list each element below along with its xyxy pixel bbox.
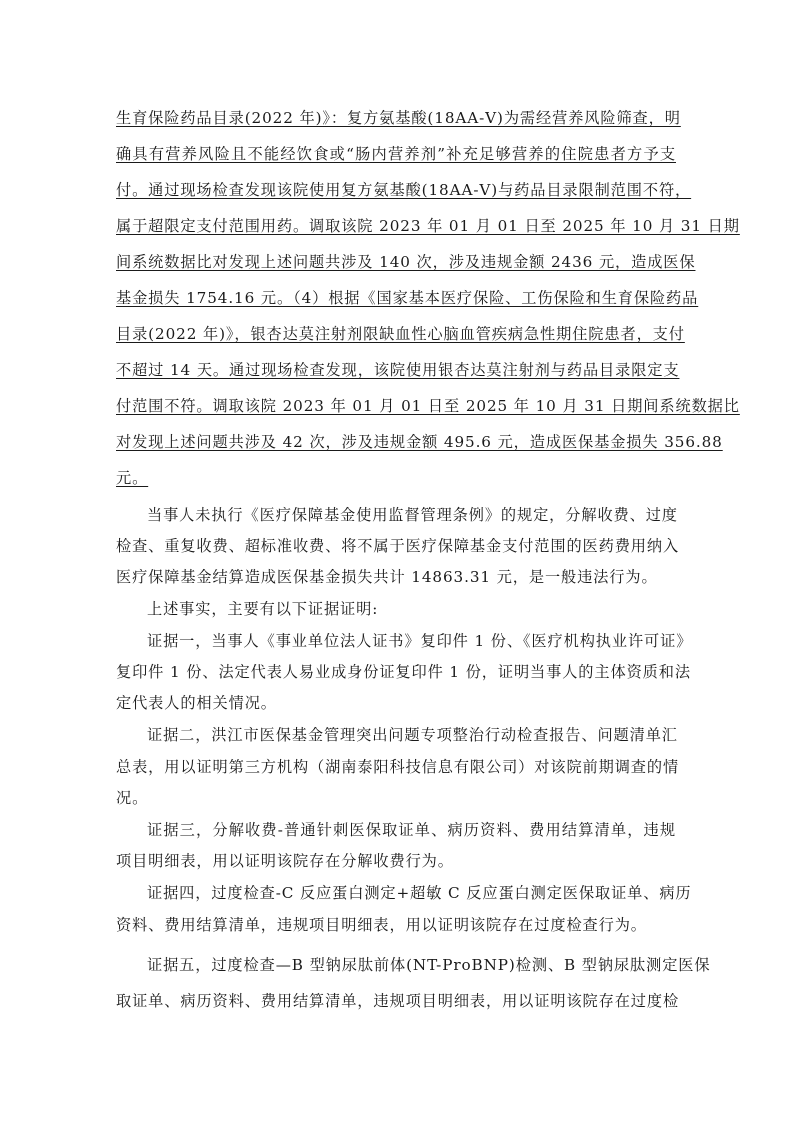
evidence-4-line: 资料、费用结算清单，违规项目明细表，用以证明该院存在过度检查行为。 [116, 915, 676, 935]
conclusion-paragraph-line: 当事人未执行《医疗保障基金使用监督管理条例》的规定，分解收费、过度 [147, 505, 676, 525]
underlined-text-line: 不超过 14 天。通过现场检查发现，该院使用银杏达莫注射剂与药品目录限定支 [116, 360, 676, 380]
underlined-text-line: 元。 [116, 468, 148, 488]
evidence-4-line: 证据四，过度检查-C 反应蛋白测定+超敏 C 反应蛋白测定医保取证单、病历 [147, 883, 676, 903]
evidence-1-line: 复印件 1 份、法定代表人易业成身份证复印件 1 份，证明当事人的主体资质和法 [116, 662, 676, 682]
evidence-2-line: 况。 [116, 788, 676, 808]
underlined-text-line: 目录(2022 年)》，银杏达莫注射剂限缺血性心脑血管疾病急性期住院患者，支付 [116, 324, 676, 344]
underlined-text-line: 生育保险药品目录(2022 年)》：复方氨基酸(18AA-Ⅴ)为需经营养风险筛查… [116, 108, 676, 128]
conclusion-paragraph-line: 检查、重复收费、超标准收费、将不属于医疗保障基金支付范围的医药费用纳入 [116, 536, 676, 556]
evidence-2-line: 总表，用以证明第三方机构（湖南泰阳科技信息有限公司）对该院前期调查的情 [116, 757, 676, 777]
evidence-3-line: 项目明细表，用以证明该院存在分解收费行为。 [116, 851, 676, 871]
underlined-text-line: 付范围不符。调取该院 2023 年 01 月 01 日至 2025 年 10 月… [116, 396, 676, 416]
underlined-text-line: 付。通过现场检查发现该院使用复方氨基酸(18AA-Ⅴ)与药品目录限制范围不符， [116, 180, 676, 200]
evidence-3-line: 证据三，分解收费-普通针刺医保取证单、病历资料、费用结算清单，违规 [147, 820, 676, 840]
evidence-intro: 上述事实，主要有以下证据证明: [147, 599, 676, 619]
evidence-1-line: 证据一，当事人《事业单位法人证书》复印件 1 份、《医疗机构执业许可证》 [147, 631, 676, 651]
evidence-1-line: 定代表人的相关情况。 [116, 693, 676, 713]
evidence-5-line: 取证单、病历资料、费用结算清单，违规项目明细表，用以证明该院存在过度检 [116, 991, 676, 1011]
underlined-text-line: 属于超限定支付范围用药。调取该院 2023 年 01 月 01 日至 2025 … [116, 216, 676, 236]
underlined-text-line: 基金损失 1754.16 元。（4）根据《国家基本医疗保险、工伤保险和生育保险药… [116, 288, 676, 308]
underlined-text-line: 确具有营养风险且不能经饮食或“肠内营养剂”补充足够营养的住院患者方予支 [116, 144, 676, 164]
evidence-2-line: 证据二，洪江市医保基金管理突出问题专项整治行动检查报告、问题清单汇 [147, 725, 676, 745]
conclusion-paragraph-line: 医疗保障基金结算造成医保基金损失共计 14863.31 元，是一般违法行为。 [116, 567, 676, 587]
underlined-text-line: 对发现上述问题共涉及 42 次，涉及违规金额 495.6 元，造成医保基金损失 … [116, 432, 676, 452]
underlined-text-line: 间系统数据比对发现上述问题共涉及 140 次，涉及违规金额 2436 元，造成医… [116, 252, 676, 272]
evidence-5-line: 证据五，过度检查—B 型钠尿肽前体(NT-ProBNP)检测、B 型钠尿肽测定医… [147, 955, 676, 975]
